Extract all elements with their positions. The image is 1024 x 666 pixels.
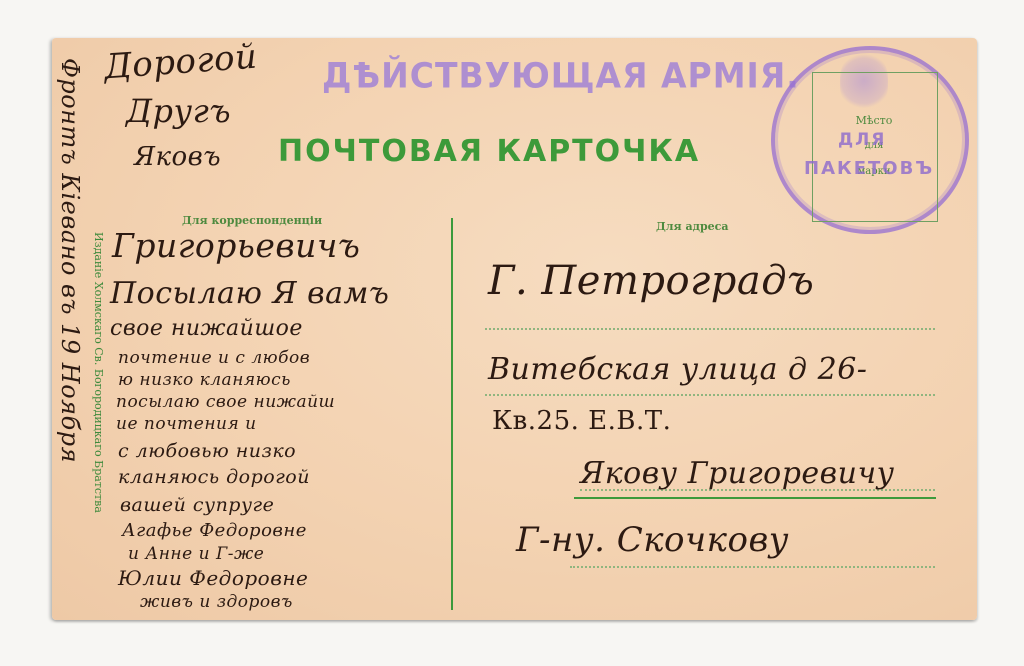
message-line: ю низко кланяюсь [118,370,291,390]
message-line: Агафье Федоровне [122,520,307,541]
address-line-4 [570,566,935,568]
center-divider [451,218,453,610]
greeting-line-2: Другъ [126,92,231,130]
message-line: живъ и здоровъ [140,592,293,612]
address-line-2 [485,394,935,396]
message-line: Посылаю Я вамъ [110,276,389,311]
publisher-imprint: Изданіе Холмскаго Св. Богородицкаго Брат… [92,232,105,513]
margin-note: Фронтъ Кіевано въ 19 Ноября [56,58,84,463]
address-rule [574,497,936,499]
address-label: Для адреса [656,220,728,233]
message-line: ие почтения и [116,414,257,434]
message-line: кланяюсь дорогой [118,466,310,488]
address-apartment: Кв.25. Е.В.Т. [492,406,671,436]
address-city: Г. Петроградъ [488,258,814,304]
message-line: почтение и с любов [118,348,310,368]
message-line: Григорьевичъ [112,226,360,265]
seal-text-1: ДЛЯ [838,130,886,150]
message-line: Юлии Федоровне [118,566,308,590]
message-line: посылаю свое нижайш [116,392,335,412]
postcard-title: ПОЧТОВАЯ КАРТОЧКА [278,134,700,169]
address-street: Витебская улица д 26- [488,352,867,387]
stamp-box-label-1: Мѣсто [812,114,936,127]
message-line: с любовью низко [118,440,296,462]
address-recipient-name: Якову Григоревичу [580,456,895,491]
greeting-line-3: Яковъ [134,142,221,172]
message-line: вашей супруге [120,494,274,516]
message-line: свое нижайшое [110,316,303,341]
address-recipient-surname: Г-ну. Скочкову [516,520,789,560]
seal-text-2: ПАКЕТОВЪ [804,158,934,179]
address-line-1 [485,328,935,330]
message-line: и Анне и Г-же [128,544,264,564]
army-stamp: ДѢЙСТВУЮЩАЯ АРМІЯ. [322,55,800,96]
